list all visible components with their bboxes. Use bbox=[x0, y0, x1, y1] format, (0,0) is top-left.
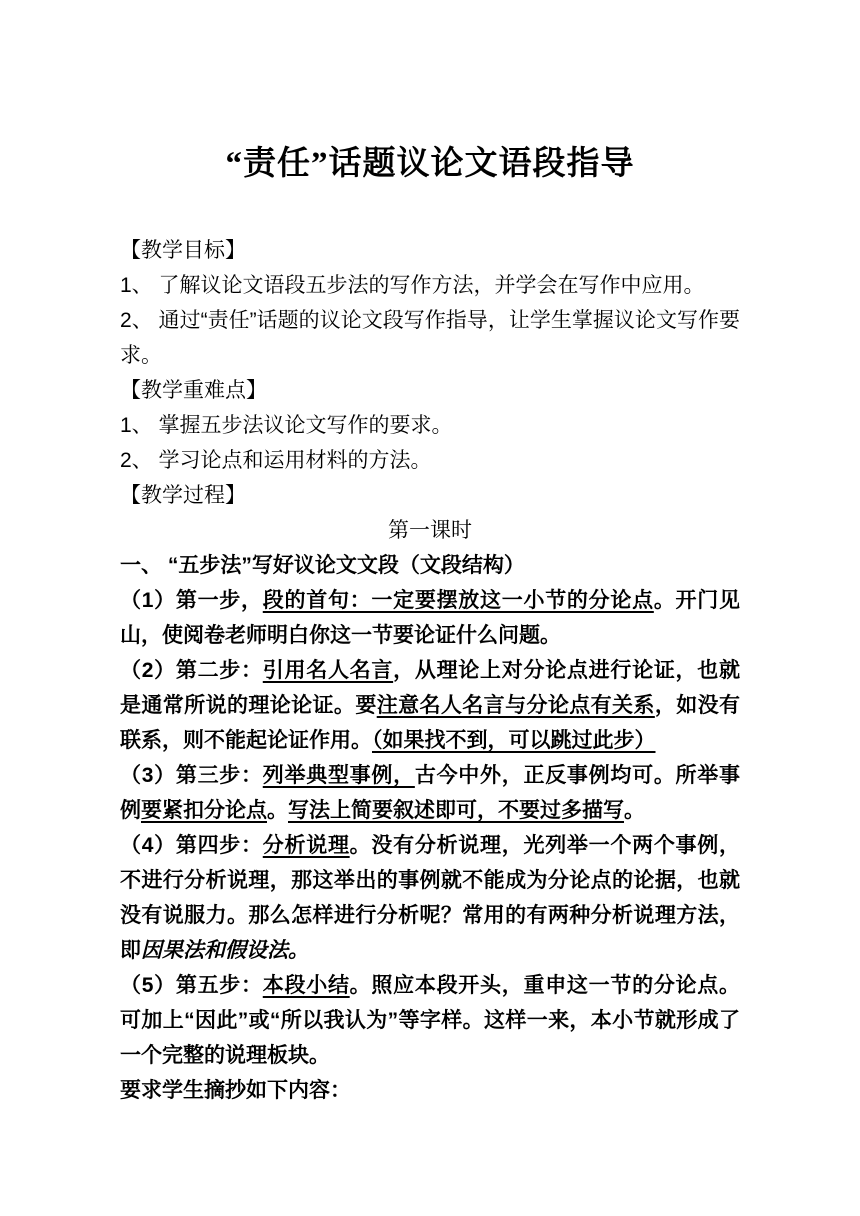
text-run: 写法上简要叙述即可，不要过多描写 bbox=[288, 799, 624, 822]
text-run: 引用名人名言 bbox=[263, 659, 393, 682]
text-run: 因果法和假设法。 bbox=[141, 939, 309, 962]
step-paragraph-5: （5）第五步：本段小结。照应本段开头，重申这一节的分论点。可加上“因此”或“所以… bbox=[120, 968, 740, 1073]
step-paragraph-4: （4）第四步：分析说理。没有分析说理，光列举一个两个事例，不进行分析说理，那这举… bbox=[120, 828, 740, 968]
text-run: 。 bbox=[267, 799, 288, 822]
text-run: （4）第四步： bbox=[120, 834, 263, 857]
text-run: （5）第五步： bbox=[120, 974, 263, 997]
key-point-item-2: 2、 学习论点和运用材料的方法。 bbox=[120, 443, 740, 478]
text-run: 段的首句：一定要摆放这一小节的分论点 bbox=[263, 589, 654, 612]
homework-instruction: 要求学生摘抄如下内容： bbox=[120, 1073, 740, 1108]
document-title: “责任”话题议论文语段指导 bbox=[120, 141, 740, 187]
text-run: 分析说理 bbox=[263, 834, 350, 857]
step-paragraph-2: （2）第二步：引用名人名言，从理论上对分论点进行论证，也就是通常所说的理论论证。… bbox=[120, 653, 740, 758]
text-run: 。 bbox=[624, 799, 645, 822]
text-run: 列举典型事例， bbox=[263, 764, 415, 787]
teaching-objective-item-1: 1、 了解议论文语段五步法的写作方法，并学会在写作中应用。 bbox=[120, 268, 740, 303]
teaching-objective-item-2: 2、 通过“责任”话题的议论文段写作指导，让学生掌握议论文写作要求。 bbox=[120, 303, 740, 373]
text-run: （2）第二步： bbox=[120, 659, 263, 682]
five-step-paragraphs: （1）第一步，段的首句：一定要摆放这一小节的分论点。开门见山，使阅卷老师明白你这… bbox=[120, 583, 740, 1073]
step-paragraph-1: （1）第一步，段的首句：一定要摆放这一小节的分论点。开门见山，使阅卷老师明白你这… bbox=[120, 583, 740, 653]
text-run: 本段小结 bbox=[263, 974, 350, 997]
section-heading-five-step-method: 一、 “五步法”写好议论文文段（文段结构） bbox=[120, 548, 740, 583]
document-page: “责任”话题议论文语段指导 【教学目标】 1、 了解议论文语段五步法的写作方法，… bbox=[0, 0, 860, 1216]
text-run: （1）第一步， bbox=[120, 589, 263, 612]
text-run: 注意名人名言与分论点有关系 bbox=[377, 694, 655, 717]
teaching-objectives-header: 【教学目标】 bbox=[120, 233, 740, 268]
teaching-process-header: 【教学过程】 bbox=[120, 478, 740, 513]
text-run: 要紧扣分论点 bbox=[141, 799, 267, 822]
key-points-header: 【教学重难点】 bbox=[120, 373, 740, 408]
text-run: （3）第三步： bbox=[120, 764, 263, 787]
key-point-item-1: 1、 掌握五步法议论文写作的要求。 bbox=[120, 408, 740, 443]
step-paragraph-3: （3）第三步：列举典型事例，古今中外，正反事例均可。所举事例要紧扣分论点。写法上… bbox=[120, 758, 740, 828]
text-run: （如果找不到，可以跳过此步） bbox=[372, 729, 656, 752]
lesson-period-title: 第一课时 bbox=[120, 513, 740, 548]
